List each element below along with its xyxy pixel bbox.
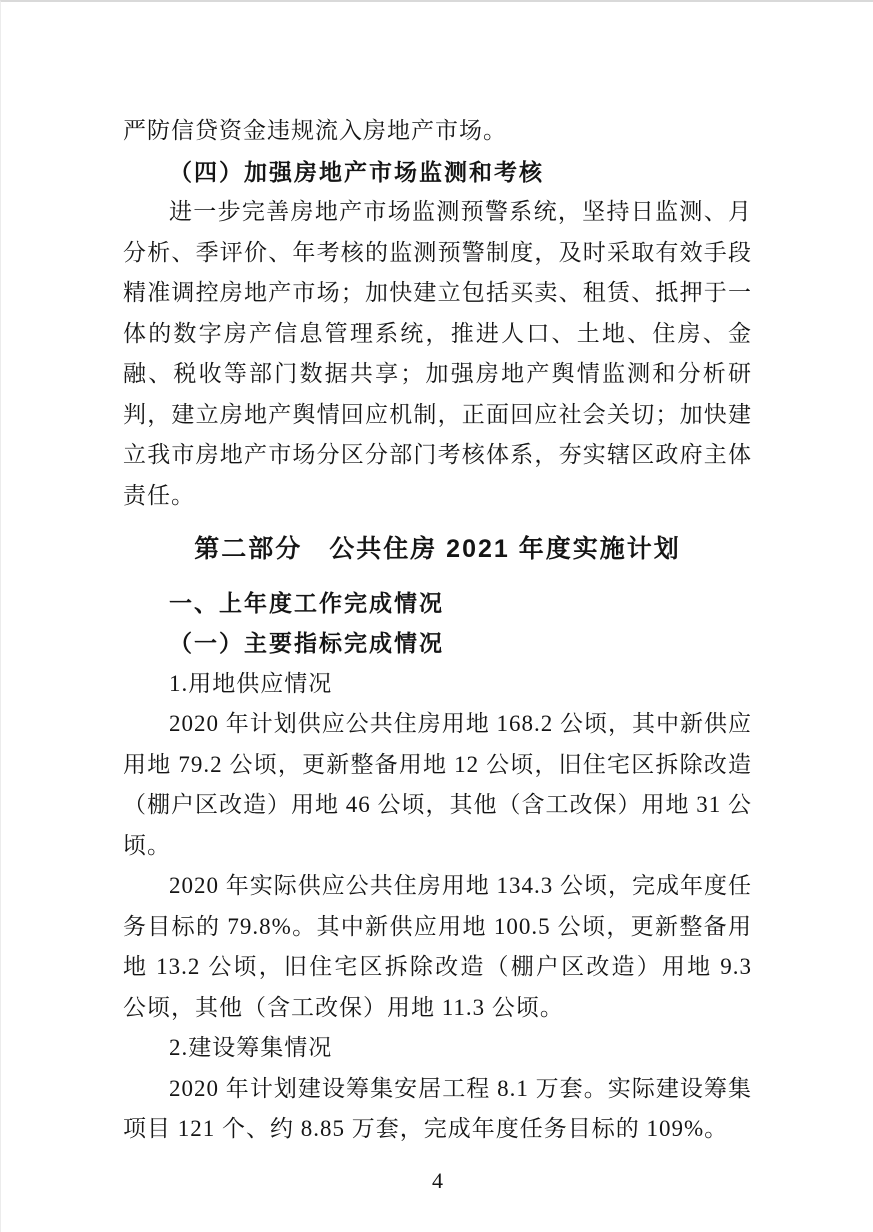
section-heading-previous-year: 一、上年度工作完成情况 <box>123 583 752 624</box>
item-heading-land-supply: 1.用地供应情况 <box>123 664 752 705</box>
part-2-title: 第二部分 公共住房 2021 年度实施计划 <box>123 529 752 570</box>
paragraph-market-monitoring: 进一步完善房地产市场监测预警系统，坚持日监测、月分析、季评价、年考核的监测预警制… <box>123 192 752 516</box>
paragraph-continuation: 严防信贷资金违规流入房地产市场。 <box>123 111 752 152</box>
page-number: 4 <box>123 1161 752 1202</box>
paragraph-construction-results: 2020 年计划建设筹集安居工程 8.1 万套。实际建设筹集项目 121 个、约… <box>123 1069 752 1150</box>
item-heading-construction: 2.建设筹集情况 <box>123 1028 752 1069</box>
paragraph-land-supply-actual: 2020 年实际供应公共住房用地 134.3 公顷，完成年度任务目标的 79.8… <box>123 866 752 1028</box>
subsection-heading-main-indicators: （一）主要指标完成情况 <box>123 623 752 664</box>
document-page: 严防信贷资金违规流入房地产市场。 （四）加强房地产市场监测和考核 进一步完善房地… <box>0 0 873 1232</box>
paragraph-land-supply-plan: 2020 年计划供应公共住房用地 168.2 公顷，其中新供应用地 79.2 公… <box>123 704 752 866</box>
heading-section-4: （四）加强房地产市场监测和考核 <box>123 152 752 193</box>
